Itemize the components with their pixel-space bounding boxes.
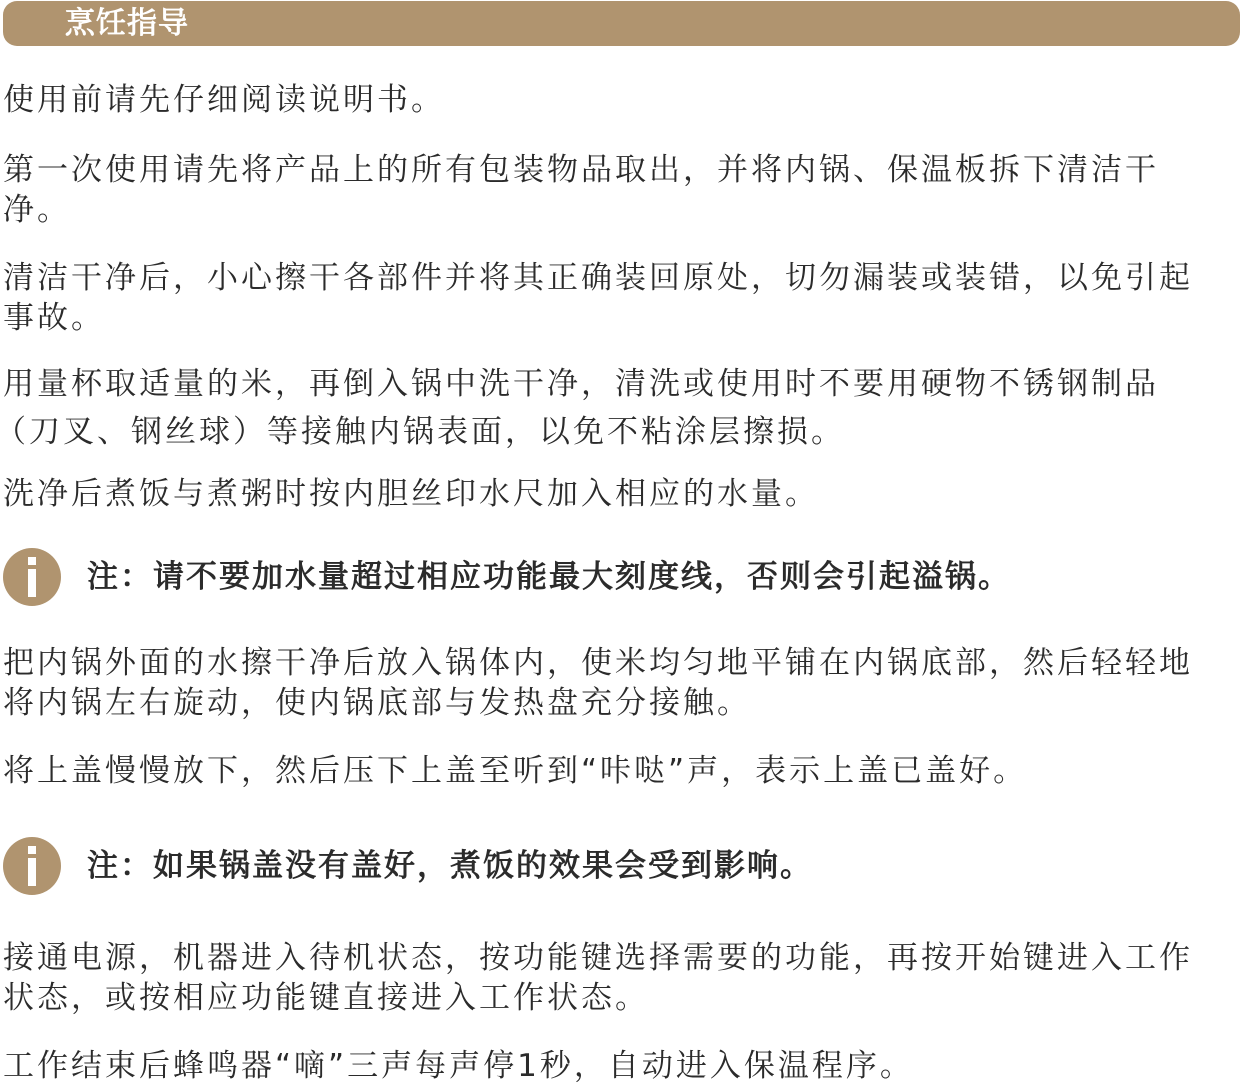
note-overflow-warning: 注：请不要加水量超过相应功能最大刻度线，否则会引起溢锅。: [3, 547, 1011, 607]
paragraph-line: 用量杯取适量的米，再倒入锅中洗干净，清洗或使用时不要用硬物不锈钢制品: [3, 360, 1239, 408]
note-text: 注：如果锅盖没有盖好，煮饭的效果会受到影响。: [87, 846, 813, 886]
paragraph-line: 第一次使用请先将产品上的所有包装物品取出，并将内锅、保温板拆下清洁干: [3, 150, 1239, 190]
paragraph-line: 事故。: [3, 298, 1239, 338]
info-icon: [3, 548, 61, 606]
note-text: 注：请不要加水量超过相应功能最大刻度线，否则会引起溢锅。: [87, 557, 1011, 597]
paragraph-first-use: 第一次使用请先将产品上的所有包装物品取出，并将内锅、保温板拆下清洁干 净。: [3, 150, 1239, 230]
paragraph-line: 把内锅外面的水擦干净后放入锅体内，使米均匀地平铺在内锅底部，然后轻轻地: [3, 643, 1239, 683]
info-icon: [3, 837, 61, 895]
paragraph-wash-rice: 用量杯取适量的米，再倒入锅中洗干净，清洗或使用时不要用硬物不锈钢制品 （刀叉、钢…: [3, 360, 1239, 456]
paragraph-line: （刀叉、钢丝球）等接触内锅表面，以免不粘涂层擦损。: [0, 408, 1239, 456]
section-title: 烹饪指导: [65, 4, 189, 44]
paragraph-line: 将内锅左右旋动，使内锅底部与发热盘充分接触。: [3, 683, 1239, 723]
paragraph-line: 状态，或按相应功能键直接进入工作状态。: [3, 978, 1239, 1018]
paragraph-read-manual: 使用前请先仔细阅读说明书。: [3, 80, 1239, 120]
paragraph-power-on: 接通电源，机器进入待机状态，按功能键选择需要的功能，再按开始键进入工作 状态，或…: [3, 938, 1239, 1018]
paragraph-water-level: 洗净后煮饭与煮粥时按内胆丝印水尺加入相应的水量。: [3, 474, 1239, 514]
paragraph-line: 清洁干净后，小心擦干各部件并将其正确装回原处，切勿漏装或装错，以免引起: [3, 258, 1239, 298]
paragraph-cleaning: 清洁干净后，小心擦干各部件并将其正确装回原处，切勿漏装或装错，以免引起 事故。: [3, 258, 1239, 338]
paragraph-keep-warm: 工作结束后蜂鸣器“嘀”三声每声停1秒，自动进入保温程序。: [3, 1046, 1239, 1083]
paragraph-place-pot: 把内锅外面的水擦干净后放入锅体内，使米均匀地平铺在内锅底部，然后轻轻地 将内锅左…: [3, 643, 1239, 723]
paragraph-line: 净。: [3, 190, 1239, 230]
section-header-bar: 烹饪指导: [3, 1, 1240, 46]
paragraph-close-lid: 将上盖慢慢放下，然后压下上盖至听到“咔哒”声，表示上盖已盖好。: [3, 751, 1239, 791]
paragraph-line: 接通电源，机器进入待机状态，按功能键选择需要的功能，再按开始键进入工作: [3, 938, 1239, 978]
note-lid-warning: 注：如果锅盖没有盖好，煮饭的效果会受到影响。: [3, 836, 813, 896]
